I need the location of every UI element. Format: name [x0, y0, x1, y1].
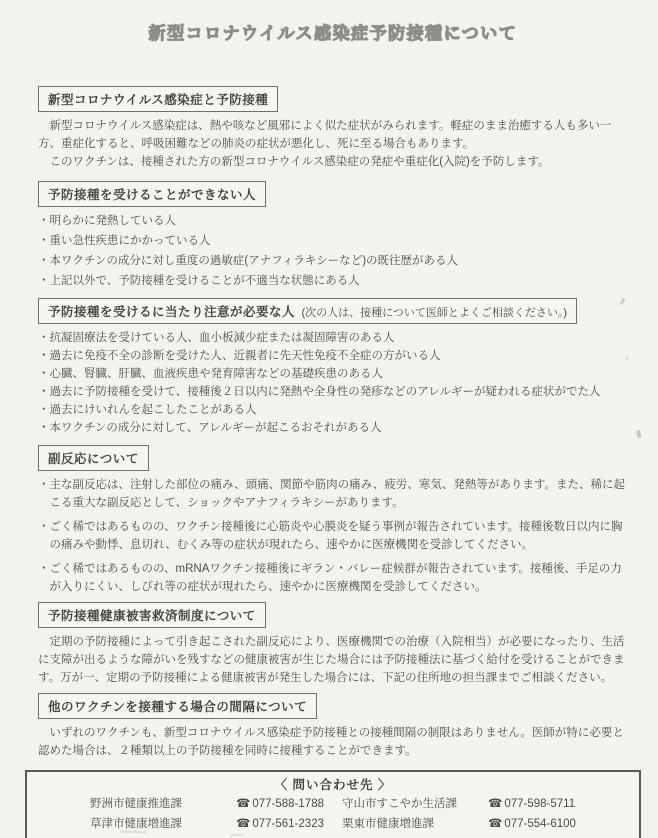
paragraph: このワクチンは、接種された方の新型コロナウイルス感染症の発症や重症化(入院)を予…: [38, 153, 628, 171]
contact-phone: ☎077-598-5711: [488, 796, 576, 813]
section-heading: 予防接種を受けることができない人: [48, 188, 256, 202]
bullet-item: ・ごく稀ではあるものの、ワクチン接種後に心筋炎や心膜炎を疑う事例が報告されていま…: [38, 518, 628, 554]
contact-phone-number: 077-561-2323: [252, 818, 324, 830]
document-page: 新型コロナウイルス感染症予防接種について 新型コロナウイルス感染症と予防接種 新…: [0, 0, 658, 838]
phone-icon: ☎: [236, 798, 250, 810]
section-heading: 予防接種を受けるに当たり注意が必要な人: [48, 305, 295, 319]
contact-phone: ☎077-561-2323: [236, 816, 324, 833]
bullet-item: ・本ワクチンの成分に対し重度の過敏症(アナフィラキシーなど)の既往歴がある人: [38, 252, 628, 270]
bullet-item: ・明らかに発熱している人: [38, 212, 628, 230]
section-relief-system: 予防接種健康被害救済制度について 定期の予防接種によって引き起こされた副反応によ…: [38, 602, 628, 687]
contact-phone: ☎077-554-6100: [488, 816, 576, 833]
section-heading: 新型コロナウイルス感染症と予防接種: [48, 93, 268, 107]
bullet-item: ・過去に免疫不全の診断を受けた人、近親者に先天性免疫不全症の方がいる人: [38, 347, 628, 365]
contact-phone: ☎077-588-1788: [236, 796, 324, 813]
bullet-item: ・ごく稀ではあるものの、mRNAワクチン接種後にギラン・バレー症候群が報告されて…: [38, 560, 628, 596]
section-heading-box: 予防接種を受けることができない人: [38, 181, 266, 207]
paragraph: いずれのワクチンも、新型コロナウイルス感染症予防接種との接種間隔の制限はありませ…: [38, 724, 628, 760]
contact-grid: 野洲市健康推進課 ☎077-588-1788 守山市すこやか生活課 ☎077-5…: [27, 796, 639, 833]
scan-speck: [626, 356, 628, 360]
section-heading: 副反応について: [48, 452, 139, 466]
contact-name: 栗東市健康増進課: [342, 816, 470, 833]
bullet-item: ・過去にけいれんを起こしたことがある人: [38, 401, 628, 419]
bullet-item: ・心臓、腎臓、肝臓、血液疾患や発育障害などの基礎疾患のある人: [38, 365, 628, 383]
section-heading-box: 予防接種健康被害救済制度について: [38, 602, 266, 628]
bullet-item: ・本ワクチンの成分に対して、アレルギーが起こるおそれがある人: [38, 419, 628, 437]
paragraph: 新型コロナウイルス感染症は、熱や咳など風邪によく似た症状がみられます。軽症のまま…: [38, 117, 628, 153]
scan-speck: [230, 834, 244, 836]
bullet-item: ・重い急性疾患にかかっている人: [38, 232, 628, 250]
section-cannot-receive: 予防接種を受けることができない人 ・明らかに発熱している人 ・重い急性疾患にかか…: [38, 181, 628, 290]
page-title: 新型コロナウイルス感染症予防接種について: [38, 22, 628, 46]
section-heading-note: (次の人は、接種について医師とよくご相談ください。): [301, 307, 567, 319]
phone-icon: ☎: [236, 818, 250, 830]
section-about-vaccination: 新型コロナウイルス感染症と予防接種 新型コロナウイルス感染症は、熱や咳など風邪に…: [38, 86, 628, 171]
contact-phone-number: 077-588-1788: [252, 798, 324, 810]
contact-title: 〈 問い合わせ先 〉: [27, 776, 639, 794]
section-heading-box: 新型コロナウイルス感染症と予防接種: [38, 86, 278, 112]
bullet-item: ・抗凝固療法を受けている人、血小板減少症または凝固障害のある人: [38, 329, 628, 347]
section-heading: 他のワクチンを接種する場合の間隔について: [48, 700, 307, 714]
phone-icon: ☎: [488, 798, 502, 810]
contact-phone-number: 077-554-6100: [504, 818, 576, 830]
bullet-item: ・上記以外で、予防接種を受けることが不適当な状態にある人: [38, 272, 628, 290]
phone-icon: ☎: [488, 818, 502, 830]
section-heading: 予防接種健康被害救済制度について: [48, 609, 256, 623]
contact-phone-number: 077-598-5711: [504, 798, 575, 810]
section-heading-box: 予防接種を受けるに当たり注意が必要な人 (次の人は、接種について医師とよくご相談…: [38, 298, 577, 324]
section-heading-box: 副反応について: [38, 445, 149, 471]
section-side-effects: 副反応について ・主な副反応は、注射した部位の痛み、頭痛、関節や筋肉の痛み、疲労…: [38, 445, 628, 596]
contact-name: 草津市健康増進課: [90, 816, 218, 833]
section-other-vaccines-interval: 他のワクチンを接種する場合の間隔について いずれのワクチンも、新型コロナウイルス…: [38, 693, 628, 760]
bullet-item: ・過去に予防接種を受けて、接種後２日以内に発熱や全身性の発疹などのアレルギーが疑…: [38, 383, 628, 401]
paragraph: 定期の予防接種によって引き起こされた副反応により、医療機関での治療（入院相当）が…: [38, 633, 628, 687]
bullet-item: ・主な副反応は、注射した部位の痛み、頭痛、関節や筋肉の痛み、疲労、寒気、発熱等が…: [38, 476, 628, 512]
section-heading-box: 他のワクチンを接種する場合の間隔について: [38, 693, 317, 719]
contact-name: 守山市すこやか生活課: [342, 796, 470, 813]
contact-box: 〈 問い合わせ先 〉 野洲市健康推進課 ☎077-588-1788 守山市すこや…: [25, 770, 641, 838]
section-caution-needed: 予防接種を受けるに当たり注意が必要な人 (次の人は、接種について医師とよくご相談…: [38, 298, 628, 437]
contact-name: 野洲市健康推進課: [90, 796, 218, 813]
